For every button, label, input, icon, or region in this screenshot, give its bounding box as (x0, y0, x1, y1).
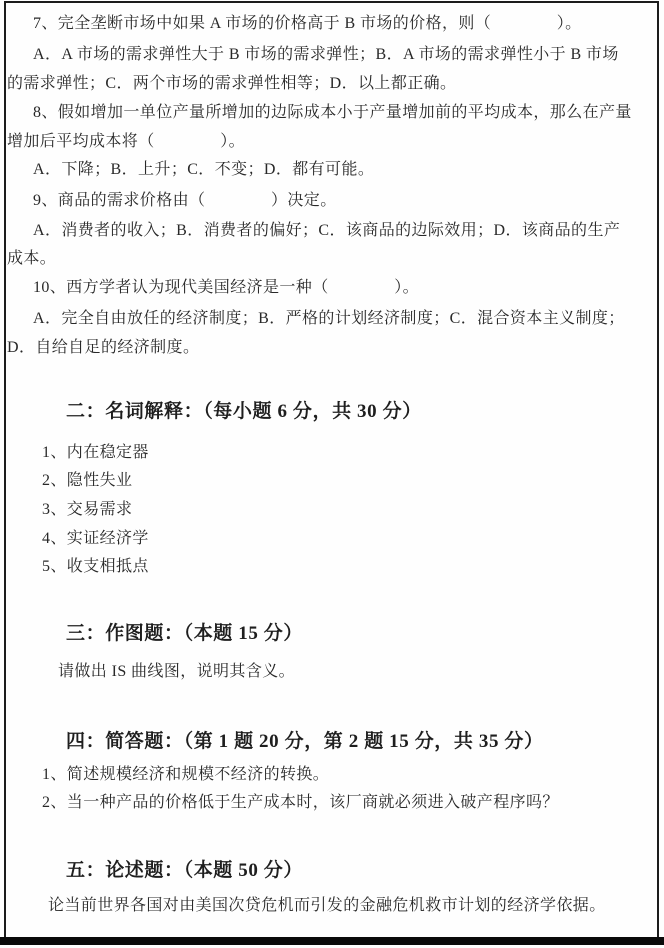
exam-paper-page: 7、完全垄断市场中如果 A 市场的价格高于 B 市场的价格，则（ ）。 A．A … (0, 0, 664, 948)
list-item: 3、交易需求 (42, 500, 132, 520)
list-item: 2、隐性失业 (42, 471, 132, 491)
option-line: 成本。 (7, 249, 56, 269)
page-border-left (4, 1, 6, 937)
option-line: A．下降；B．上升；C．不变；D．都有可能。 (33, 160, 374, 180)
option-line: D．自给自足的经济制度。 (7, 338, 199, 358)
task-text: 论当前世界各国对由美国次贷危机而引发的金融危机救市计划的经济学依据。 (48, 896, 606, 916)
list-item: 1、内在稳定器 (42, 443, 149, 463)
option-line: 的需求弹性；C．两个市场的需求弹性相等；D．以上都正确。 (7, 74, 456, 94)
question-line: 8、假如增加一单位产量所增加的边际成本小于产量增加前的平均成本，那么在产量 (33, 103, 632, 123)
list-item: 5、收支相抵点 (42, 557, 149, 577)
question-line: 增加后平均成本将（ ）。 (7, 132, 245, 152)
section-heading-drawing: 三：作图题：（本题 15 分） (66, 624, 303, 644)
question-line: 10、西方学者认为现代美国经济是一种（ ）。 (33, 278, 419, 298)
task-text: 请做出 IS 曲线图，说明其含义。 (58, 662, 295, 682)
question-line: 9、商品的需求价格由（ ）决定。 (33, 191, 337, 211)
question-line: 7、完全垄断市场中如果 A 市场的价格高于 B 市场的价格，则（ ）。 (33, 14, 582, 34)
section-heading-terms: 二：名词解释：（每小题 6 分，共 30 分） (66, 402, 422, 422)
section-heading-essay: 五：论述题：（本题 50 分） (66, 861, 303, 881)
page-border-right (657, 1, 659, 937)
option-line: A．A 市场的需求弹性大于 B 市场的需求弹性；B．A 市场的需求弹性小于 B … (33, 45, 619, 65)
page-border-bottom (0, 937, 664, 945)
list-item: 1、简述规模经济和规模不经济的转换。 (42, 765, 329, 785)
option-line: A．消费者的收入；B．消费者的偏好；C．该商品的边际效用；D．该商品的生产 (33, 221, 620, 241)
list-item: 4、实证经济学 (42, 529, 149, 549)
page-border-top (4, 1, 659, 3)
option-line: A．完全自由放任的经济制度；B．严格的计划经济制度；C．混合资本主义制度； (33, 309, 625, 329)
list-item: 2、当一种产品的价格低于生产成本时，该厂商就必须进入破产程序吗？ (42, 793, 559, 813)
section-heading-short-answer: 四：简答题：（第 1 题 20 分，第 2 题 15 分，共 35 分） (66, 732, 544, 752)
